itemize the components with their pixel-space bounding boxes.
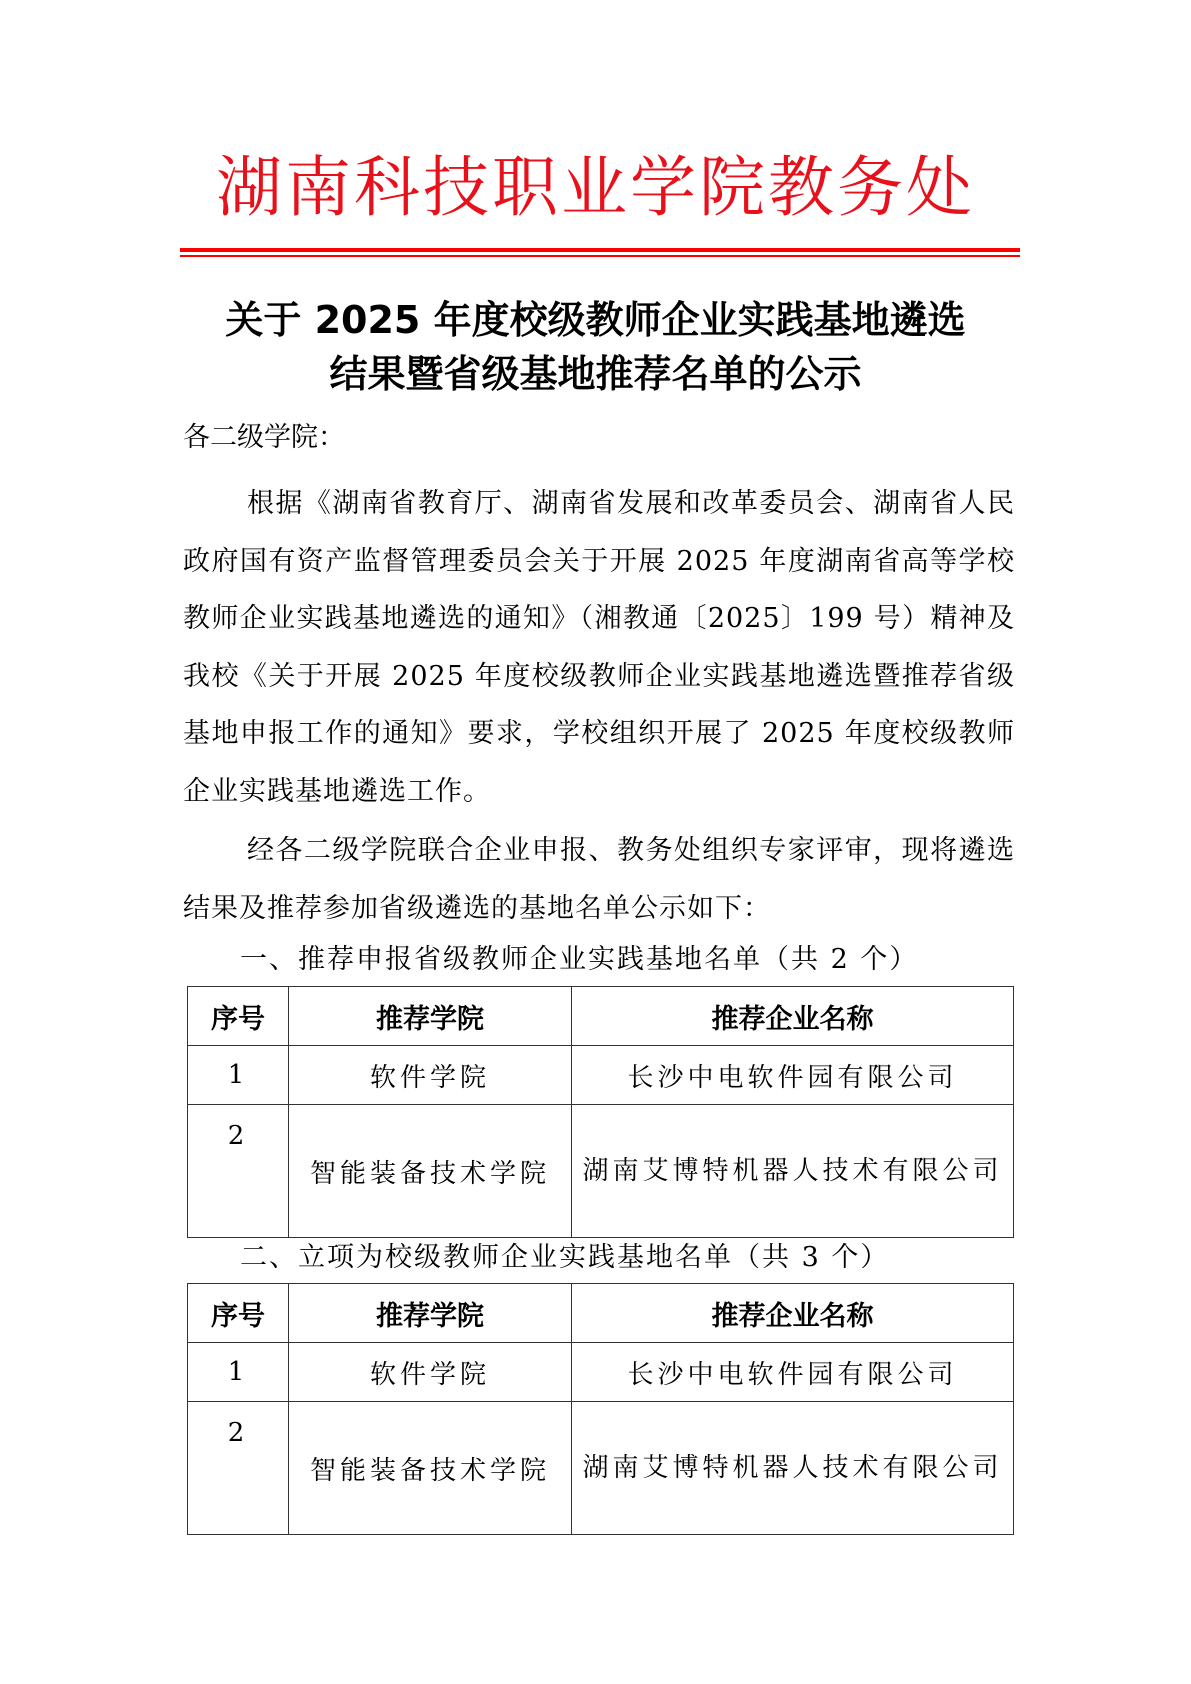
cell-college: 软件学院 (289, 1343, 572, 1402)
letterhead-divider-thin (180, 255, 1020, 257)
letterhead-title: 湖南科技职业学院教务处 (0, 148, 1191, 228)
table-header-row: 序号 推荐学院 推荐企业名称 (188, 1284, 1014, 1343)
table-row: 2 智能装备技术学院 湖南艾博特机器人技术有限公司 (188, 1105, 1014, 1238)
section2-table: 序号 推荐学院 推荐企业名称 1 软件学院 长沙中电软件园有限公司 2 智能装备… (187, 1283, 1014, 1535)
table-row: 2 智能装备技术学院 湖南艾博特机器人技术有限公司 (188, 1402, 1014, 1535)
section1-table: 序号 推荐学院 推荐企业名称 1 软件学院 长沙中电软件园有限公司 2 智能装备… (187, 986, 1014, 1238)
header-company: 推荐企业名称 (572, 1284, 1014, 1343)
document-title: 关于 2025 年度校级教师企业实践基地遴选 结果暨省级基地推荐名单的公示 (0, 293, 1191, 401)
cell-company: 长沙中电软件园有限公司 (572, 1343, 1014, 1402)
salutation: 各二级学院： (183, 420, 345, 456)
cell-no: 1 (188, 1046, 289, 1105)
header-company: 推荐企业名称 (572, 987, 1014, 1046)
cell-company: 长沙中电软件园有限公司 (572, 1046, 1014, 1105)
letterhead-divider-thick (180, 248, 1020, 252)
cell-no: 2 (188, 1105, 289, 1238)
cell-no: 1 (188, 1343, 289, 1402)
table-header-row: 序号 推荐学院 推荐企业名称 (188, 987, 1014, 1046)
cell-college: 软件学院 (289, 1046, 572, 1105)
section2-heading: 二、立项为校级教师企业实践基地名单（共 3 个） (240, 1238, 889, 1278)
cell-company: 湖南艾博特机器人技术有限公司 (572, 1402, 1014, 1535)
table-row: 1 软件学院 长沙中电软件园有限公司 (188, 1343, 1014, 1402)
table-row: 1 软件学院 长沙中电软件园有限公司 (188, 1046, 1014, 1105)
paragraph-background: 根据《湖南省教育厅、湖南省发展和改革委员会、湖南省人民政府国有资产监督管理委员会… (183, 475, 1015, 820)
header-no: 序号 (188, 1284, 289, 1343)
document-title-line-1: 关于 2025 年度校级教师企业实践基地遴选 (0, 293, 1191, 347)
header-college: 推荐学院 (289, 1284, 572, 1343)
cell-college: 智能装备技术学院 (289, 1105, 572, 1238)
header-college: 推荐学院 (289, 987, 572, 1046)
cell-no: 2 (188, 1402, 289, 1535)
document-title-line-2: 结果暨省级基地推荐名单的公示 (0, 347, 1191, 401)
header-no: 序号 (188, 987, 289, 1046)
cell-company: 湖南艾博特机器人技术有限公司 (572, 1105, 1014, 1238)
paragraph-announcement: 经各二级学院联合企业申报、教务处组织专家评审，现将遴选结果及推荐参加省级遴选的基… (183, 822, 1015, 937)
section1-heading: 一、推荐申报省级教师企业实践基地名单（共 2 个） (240, 940, 918, 980)
cell-college: 智能装备技术学院 (289, 1402, 572, 1535)
